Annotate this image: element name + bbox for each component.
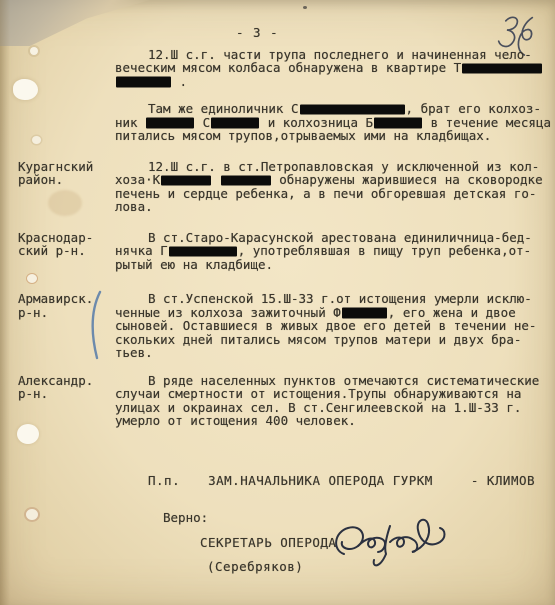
- district-label-line: Курагнский: [18, 160, 115, 174]
- redaction-bar: [169, 246, 237, 257]
- text-line: хоза·К обнаружены жарившиеся на сковород…: [115, 173, 545, 187]
- redaction-bar: [374, 118, 422, 129]
- text-line: В ст.Успенской 15.Ш-33 г.от истощения ум…: [115, 292, 545, 306]
- text-line: случаи смертности от истощения.Трупы обн…: [115, 387, 545, 401]
- section: Александр.р-н.В ряде населенных пунктов …: [18, 374, 545, 428]
- text-run: скольких дней питались мясом трупов мате…: [115, 332, 521, 347]
- text-run: лова.: [115, 199, 153, 214]
- redaction-bar: [116, 77, 171, 88]
- redaction-bar: [146, 118, 194, 129]
- text-line: сыновей. Оставшиеся в живых двое его дет…: [115, 319, 545, 333]
- text-line: ник С и колхозница Б в течение месяца: [115, 116, 551, 130]
- text-line: рытый ею на кладбище.: [115, 258, 545, 272]
- text-line: Там же единоличник С, брат его колхоз-: [115, 102, 551, 116]
- sections-container: 12.Ш с.г. части трупа последнего и начин…: [18, 48, 545, 428]
- text-line: скольких дней питались мясом трупов мате…: [115, 333, 545, 347]
- district-label-line: р-н.: [18, 387, 115, 401]
- text-line: умерло от истощения 400 человек.: [115, 414, 545, 428]
- district-label: Краснодар-ский р-н.: [18, 231, 115, 272]
- text-line: улицах и окраинах сел. В ст.Сенгилеевско…: [115, 401, 545, 415]
- district-label-line: р-н.: [18, 306, 115, 320]
- section: Там же единоличник С, брат его колхоз-ни…: [18, 102, 545, 143]
- district-label: [18, 48, 115, 89]
- redaction-bar: [221, 175, 271, 186]
- redaction-bar: [462, 63, 542, 74]
- document-page: - 3 - 12.Ш с.г. части трупа последнего и…: [0, 0, 555, 605]
- text-run: питались мясом трупов,отрываемых ими на …: [115, 128, 491, 143]
- section: 12.Ш с.г. части трупа последнего и начин…: [18, 48, 545, 89]
- text-line: 12.Ш с.г. части трупа последнего и начин…: [115, 48, 545, 62]
- text-line: 12.Ш с.г. в ст.Петропавловская у исключе…: [115, 160, 545, 174]
- paragraph: В ст.Успенской 15.Ш-33 г.от истощения ум…: [115, 292, 545, 360]
- district-label-line: Александр.: [18, 374, 115, 388]
- signature-handwriting: [328, 512, 478, 580]
- text-run: рытый ею на кладбище.: [115, 257, 273, 272]
- signoff-pp: П.п.: [148, 473, 180, 488]
- section: Армавирск.р-н.В ст.Успенской 15.Ш-33 г.о…: [18, 292, 545, 360]
- district-label-line: Армавирск.: [18, 292, 115, 306]
- text-line: лова.: [115, 200, 545, 214]
- redaction-bar: [342, 308, 387, 319]
- section: Курагнскийрайон.12.Ш с.г. в ст.Петропавл…: [18, 160, 545, 214]
- text-line: веческим мясом колбаса обнаружена в квар…: [115, 61, 545, 75]
- signoff-name: - КЛИМОВ: [471, 473, 535, 488]
- district-label-line: Краснодар-: [18, 231, 115, 245]
- redaction-bar: [300, 104, 405, 115]
- paragraph: В ряде населенных пунктов отмечаются сис…: [115, 374, 545, 428]
- text-run: веческим мясом колбаса обнаружена в квар…: [115, 60, 461, 75]
- text-run: , употреблявшая в пищу труп ребенка,от-: [238, 243, 532, 258]
- district-label: [18, 102, 115, 143]
- paragraph: Там же единоличник С, брат его колхоз-ни…: [115, 102, 551, 143]
- text-line: тьев.: [115, 346, 545, 360]
- text-run: печень и сердце ребенка, а в печи обгоре…: [115, 186, 536, 201]
- district-label: Александр.р-н.: [18, 374, 115, 428]
- paragraph: 12.Ш с.г. в ст.Петропавловская у исключе…: [115, 160, 545, 214]
- district-label: Курагнскийрайон.: [18, 160, 115, 214]
- text-line: .: [115, 75, 545, 89]
- text-line: нячка Г, употреблявшая в пищу труп ребен…: [115, 244, 545, 258]
- paragraph: В ст.Старо-Карасунской арестована единил…: [115, 231, 545, 272]
- signature-glyph: [328, 512, 478, 576]
- text-run: .: [172, 74, 187, 89]
- redaction-bar: [211, 118, 259, 129]
- text-line: ченные из колхоза зажиточный Ф, его жена…: [115, 306, 545, 320]
- signoff-title: ЗАМ.НАЧАЛЬНИКА ОПЕРОДА ГУРКМ: [208, 473, 433, 488]
- text-line: питались мясом трупов,отрываемых ими на …: [115, 129, 551, 143]
- signoff-line: П.п.ЗАМ.НАЧАЛЬНИКА ОПЕРОДА ГУРКМ- КЛИМОВ: [18, 474, 545, 488]
- section: Краснодар-ский р-н.В ст.Старо-Карасунско…: [18, 231, 545, 272]
- text-run: тьев.: [115, 345, 153, 360]
- text-line: В ряде населенных пунктов отмечаются сис…: [115, 374, 545, 388]
- paper-speck: [303, 6, 307, 9]
- paragraph: 12.Ш с.г. части трупа последнего и начин…: [115, 48, 545, 89]
- document-content: - 3 - 12.Ш с.г. части трупа последнего и…: [18, 26, 545, 574]
- district-label: Армавирск.р-н.: [18, 292, 115, 360]
- text-run: умерло от истощения 400 человек.: [115, 413, 356, 428]
- page-number: - 3 -: [18, 26, 545, 40]
- district-label-line: район.: [18, 173, 115, 187]
- text-line: В ст.Старо-Карасунской арестована единил…: [115, 231, 545, 245]
- district-label-line: ский р-н.: [18, 244, 115, 258]
- page-edge-shadow: [0, 0, 10, 605]
- text-line: печень и сердце ребенка, а в печи обгоре…: [115, 187, 545, 201]
- redaction-bar: [161, 175, 211, 186]
